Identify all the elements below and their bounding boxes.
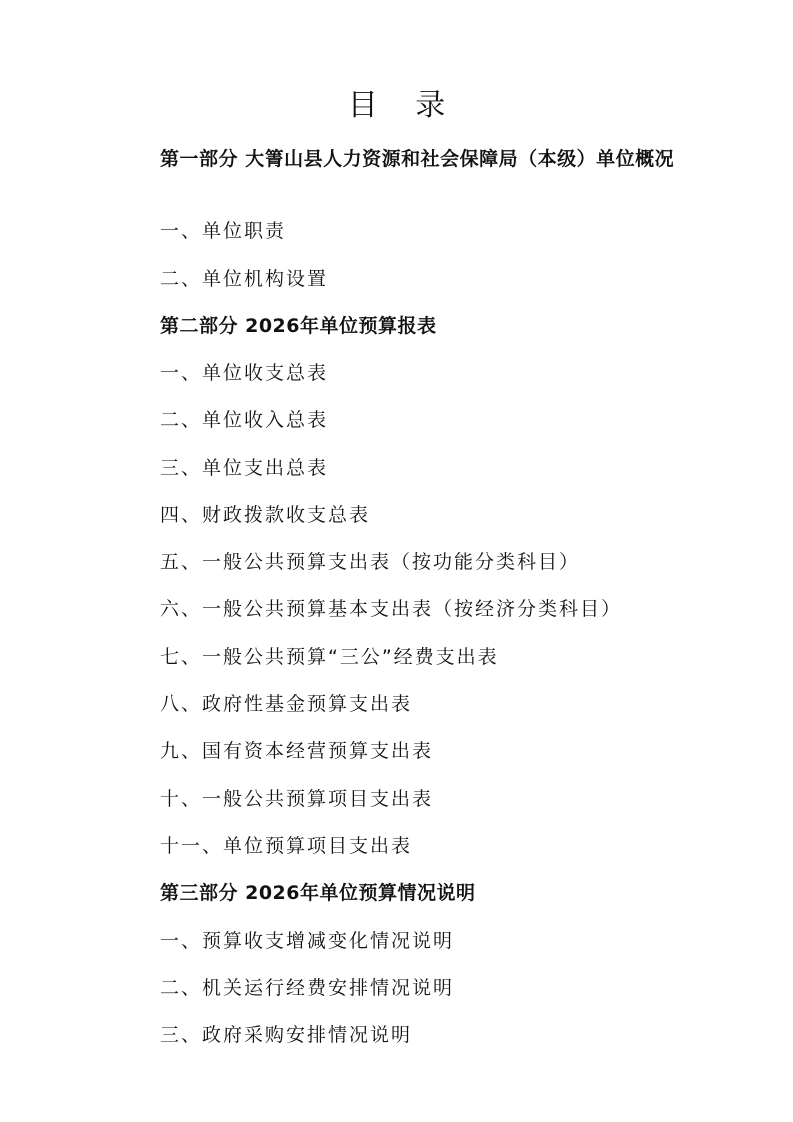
toc-item: 二、机关运行经费安排情况说明 <box>160 973 454 1000</box>
toc-item: 五、一般公共预算支出表（按功能分类科目） <box>160 547 580 574</box>
toc-item: 三、政府采购安排情况说明 <box>160 1020 412 1047</box>
part2-heading: 第二部分 2026年单位预算报表 <box>160 311 437 338</box>
toc-item: 二、单位机构设置 <box>160 264 328 291</box>
toc-item: 七、一般公共预算“三公”经费支出表 <box>160 642 499 669</box>
toc-item: 二、单位收入总表 <box>160 405 328 432</box>
toc-item: 三、单位支出总表 <box>160 453 328 480</box>
page-title: 目 录 <box>0 80 793 124</box>
toc-item: 一、单位收支总表 <box>160 358 328 385</box>
toc-item: 十一、单位预算项目支出表 <box>160 831 412 858</box>
part3-heading: 第三部分 2026年单位预算情况说明 <box>160 878 476 905</box>
toc-item: 一、预算收支增减变化情况说明 <box>160 926 454 953</box>
part1-heading: 第一部分 大箐山县人力资源和社会保障局（本级）单位概况 <box>116 145 706 173</box>
toc-item: 六、一般公共预算基本支出表（按经济分类科目） <box>160 594 622 621</box>
toc-item: 八、政府性基金预算支出表 <box>160 689 412 716</box>
toc-item: 四、财政拨款收支总表 <box>160 500 370 527</box>
toc-item: 一、单位职责 <box>160 216 286 243</box>
toc-item: 十、一般公共预算项目支出表 <box>160 784 433 811</box>
toc-item: 九、国有资本经营预算支出表 <box>160 736 433 763</box>
